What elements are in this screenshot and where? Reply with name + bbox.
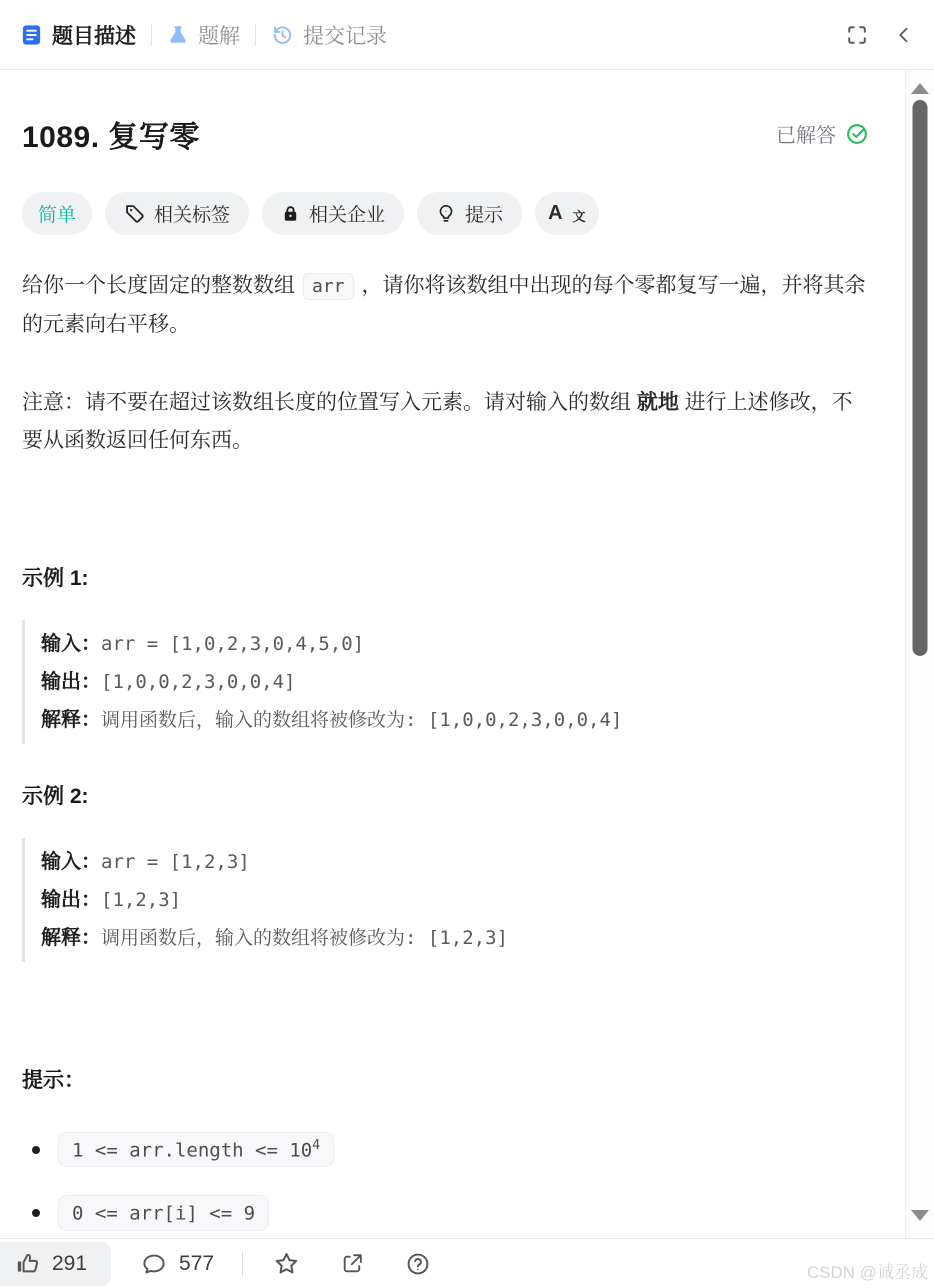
explain-value: 调用函数后，输入的数组将被修改为: [1,0,0,2,3,0,0,4] (101, 709, 622, 731)
scrollbar-up-arrow-icon[interactable] (911, 83, 929, 94)
bullet-icon (32, 1146, 40, 1154)
output-label: 输出： (41, 671, 101, 693)
translate-icon-sub: 文 (573, 206, 586, 225)
explain-label: 解释： (41, 709, 101, 731)
explain-label: 解释： (41, 927, 101, 949)
help-question-icon[interactable] (405, 1251, 431, 1277)
example-1-input-line: 输入：arr = [1,0,2,3,0,4,5,0] (41, 625, 870, 663)
description-doc-icon (20, 23, 43, 47)
constraint-code-2-text: 0 <= arr[i] <= 9 (72, 1203, 255, 1225)
constraint-code-1: 1 <= arr.length <= 104 (58, 1132, 334, 1167)
example-1-output-line: 输出：[1,0,0,2,3,0,0,4] (41, 663, 870, 701)
tab-submissions[interactable]: 提交记录 (271, 20, 387, 50)
example-2-block: 输入：arr = [1,2,3] 输出：[1,2,3] 解释：调用函数后，输入的… (22, 838, 870, 962)
example-2-output-line: 输出：[1,2,3] (41, 881, 870, 919)
output-value: [1,0,0,2,3,0,0,4] (101, 671, 295, 693)
input-label: 输入： (41, 851, 101, 873)
bullet-icon (32, 1209, 40, 1217)
collapse-chevron-left-icon[interactable] (894, 23, 914, 47)
input-value: arr = [1,0,2,3,0,4,5,0] (101, 633, 364, 655)
thumbs-up-icon (15, 1251, 41, 1277)
description-paragraph-2: 注意：请不要在超过该数组长度的位置写入元素。请对输入的数组 就地 进行上述修改，… (22, 384, 870, 460)
tab-solutions-label: 题解 (198, 20, 240, 50)
translate-icon: A (548, 202, 562, 225)
history-clock-icon (271, 23, 294, 47)
hint-button[interactable]: 提示 (417, 192, 522, 235)
scrollbar-track[interactable] (905, 70, 934, 1238)
p2-bold-text: 就地 (637, 391, 679, 414)
problem-content: 1089. 复写零 已解答 简单 相关标签 (0, 70, 934, 1238)
related-tags-button[interactable]: 相关标签 (105, 192, 249, 235)
inline-code-arr: arr (303, 273, 354, 300)
constraint-code-1-text: 1 <= arr.length <= 10 (72, 1139, 312, 1161)
constraint-item-1: 1 <= arr.length <= 104 (22, 1132, 870, 1167)
check-circle-icon (845, 121, 870, 146)
panel-tab-bar: 题目描述 题解 提交记录 (0, 0, 934, 70)
flask-icon (167, 23, 189, 47)
output-value: [1,2,3] (101, 889, 181, 911)
example-2-explain-line: 解释：调用函数后，输入的数组将被修改为: [1,2,3] (41, 919, 870, 957)
share-external-link-icon[interactable] (340, 1251, 365, 1276)
tag-row: 简单 相关标签 相关企业 提示 A文 (22, 192, 870, 235)
example-2-input-line: 输入：arr = [1,2,3] (41, 843, 870, 881)
hint-label: 提示 (465, 200, 503, 227)
example-1-heading: 示例 1: (22, 562, 870, 592)
lightbulb-icon (436, 202, 456, 225)
tab-description-label: 题目描述 (52, 20, 136, 50)
tab-divider (151, 24, 152, 46)
example-1-explain-line: 解释：调用函数后，输入的数组将被修改为: [1,0,0,2,3,0,0,4] (41, 701, 870, 739)
related-companies-button[interactable]: 相关企业 (262, 192, 404, 235)
related-companies-label: 相关企业 (309, 200, 385, 227)
description-paragraph-1: 给你一个长度固定的整数数组arr，请你将该数组中出现的每个零都复写一遍，并将其余… (22, 267, 870, 344)
fullscreen-icon[interactable] (846, 24, 868, 46)
input-value: arr = [1,2,3] (101, 851, 250, 873)
p1-text-before: 给你一个长度固定的整数数组 (22, 274, 295, 297)
difficulty-label: 简单 (38, 200, 76, 227)
constraint-code-2: 0 <= arr[i] <= 9 (58, 1195, 269, 1230)
explain-value: 调用函数后，输入的数组将被修改为: [1,2,3] (101, 927, 508, 949)
tab-submissions-label: 提交记录 (303, 20, 387, 50)
constraints-heading: 提示： (22, 1064, 870, 1094)
solved-status: 已解答 (776, 119, 870, 148)
favorite-star-button[interactable] (273, 1250, 300, 1277)
example-2-heading: 示例 2: (22, 780, 870, 810)
solved-label: 已解答 (776, 119, 836, 148)
problem-panel: 题目描述 题解 提交记录 1089. 复写零 (0, 0, 934, 1288)
example-1-block: 输入：arr = [1,0,2,3,0,4,5,0] 输出：[1,0,0,2,3… (22, 620, 870, 744)
footer-divider (242, 1251, 243, 1277)
problem-title: 1089. 复写零 (22, 112, 200, 156)
like-count: 291 (52, 1252, 87, 1276)
tab-description[interactable]: 题目描述 (20, 20, 136, 50)
tab-solutions[interactable]: 题解 (167, 20, 240, 50)
constraint-code-1-sup: 4 (312, 1138, 320, 1153)
csdn-watermark: CSDN @诚丞成 (807, 1258, 928, 1283)
constraint-item-2: 0 <= arr[i] <= 9 (22, 1195, 870, 1230)
comments-button[interactable]: 577 (141, 1251, 214, 1277)
comment-count: 577 (179, 1252, 214, 1276)
tag-icon (124, 203, 145, 224)
output-label: 输出： (41, 889, 101, 911)
like-button[interactable]: 291 (0, 1242, 111, 1286)
lock-icon (281, 203, 300, 224)
title-row: 1089. 复写零 已解答 (22, 112, 870, 156)
scrollbar-thumb[interactable] (913, 100, 928, 656)
p2-text-before: 注意：请不要在超过该数组长度的位置写入元素。请对输入的数组 (22, 391, 637, 414)
tab-divider (255, 24, 256, 46)
difficulty-badge[interactable]: 简单 (22, 192, 92, 235)
panel-controls (846, 23, 914, 47)
footer-action-bar: 291 577 CSDN @诚丞成 (0, 1238, 934, 1288)
comment-bubble-icon (141, 1251, 167, 1277)
related-tags-label: 相关标签 (154, 200, 230, 227)
translate-toggle-button[interactable]: A文 (535, 192, 598, 235)
input-label: 输入： (41, 633, 101, 655)
scrollbar-down-arrow-icon[interactable] (911, 1210, 929, 1221)
